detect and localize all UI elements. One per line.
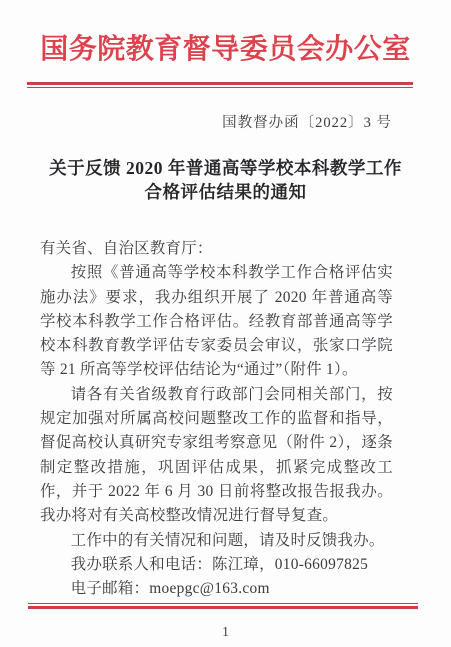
paragraph-rectification-requirements: 请各有关省级教育行政部门会同相关部门，按规定加强对所属高校问题整改工作的监督和指… <box>40 383 393 529</box>
paragraph-feedback-request: 工作中的有关情况和问题，请及时反馈我办。 <box>40 529 393 553</box>
paragraph-evaluation-result: 按照《普通高等学校本科教学工作合格评估实施办法》要求，我办组织开展了 2020 … <box>40 261 393 382</box>
document-title-line-1: 关于反馈 2020 年普通高等学校本科教学工作 <box>0 157 451 181</box>
document-title-line-2: 合格评估结果的通知 <box>0 181 451 205</box>
document-reference-number: 国教督办函〔2022〕3 号 <box>222 111 392 132</box>
salutation: 有关省、自治区教育厅： <box>40 237 393 261</box>
document-page: 国务院教育督导委员会办公室 国教督办函〔2022〕3 号 关于反馈 2020 年… <box>0 0 451 647</box>
header-rule <box>27 82 413 88</box>
paragraph-contact-phone: 我办联系人和电话：陈江璋，010-66097825 <box>40 553 393 577</box>
document-title: 关于反馈 2020 年普通高等学校本科教学工作 合格评估结果的通知 <box>0 157 451 204</box>
header-rule-thin-line <box>27 87 413 88</box>
footer-rule <box>28 603 418 609</box>
issuing-agency-title: 国务院教育督导委员会办公室 <box>0 27 451 67</box>
page-number: 1 <box>0 624 451 640</box>
paragraph-contact-email: 电子邮箱：moepgc@163.com <box>40 577 393 601</box>
footer-rule-thick-line <box>28 606 418 609</box>
document-body: 有关省、自治区教育厅： 按照《普通高等学校本科教学工作合格评估实施办法》要求，我… <box>40 237 393 601</box>
